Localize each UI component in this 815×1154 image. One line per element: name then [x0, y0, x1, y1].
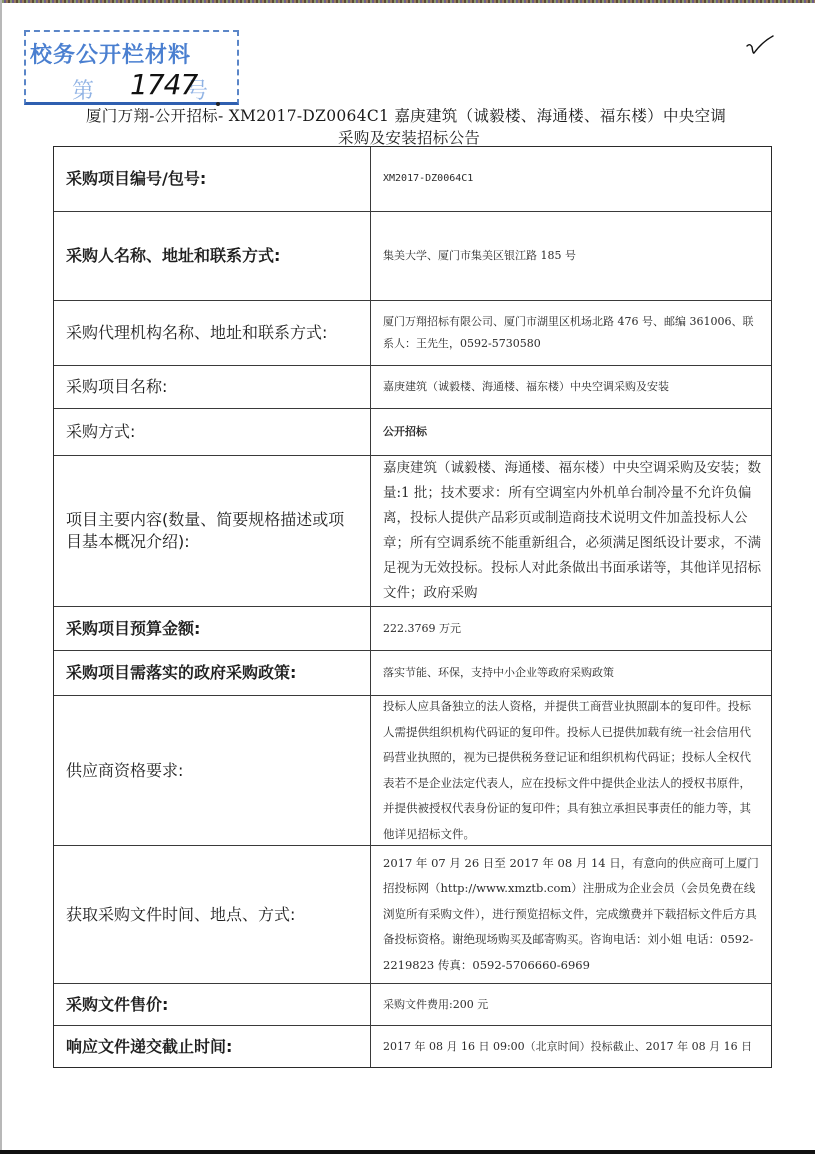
table-row: 项目主要内容(数量、简要规格描述或项目基本概况介绍): 嘉庚建筑（诚毅楼、海通楼…: [54, 456, 771, 607]
row-label: 采购代理机构名称、地址和联系方式:: [54, 301, 371, 365]
archive-stamp: 校务公开栏材料 第 号 1747: [24, 30, 239, 105]
table-row: 供应商资格要求: 投标人应具备独立的法人资格，并提供工商营业执照副本的复印件。投…: [54, 696, 771, 846]
row-value: 嘉庚建筑（诚毅楼、海通楼、福东楼）中央空调采购及安装；数量:1 批；技术要求：所…: [371, 456, 771, 606]
row-label: 采购项目编号/包号:: [54, 147, 371, 211]
checkmark-icon: [745, 34, 775, 58]
table-row: 采购方式: 公开招标: [54, 409, 771, 456]
row-value: 2017 年 08 月 16 日 09:00（北京时间）投标截止、2017 年 …: [371, 1026, 771, 1067]
row-value: 厦门万翔招标有限公司、厦门市湖里区机场北路 476 号、邮编 361006、联系…: [371, 301, 771, 365]
row-value: 公开招标: [371, 409, 771, 455]
stamp-prefix: 第: [72, 79, 94, 104]
row-value: 222.3769 万元: [371, 607, 771, 650]
row-value: 2017 年 07 月 26 日至 2017 年 08 月 14 日，有意向的供…: [371, 846, 771, 983]
announcement-table: 采购项目编号/包号: XM2017-DZ0064C1 采购人名称、地址和联系方式…: [53, 146, 772, 1068]
row-value: 投标人应具备独立的法人资格，并提供工商营业执照副本的复印件。投标人需提供组织机构…: [371, 696, 771, 845]
table-row: 采购项目名称: 嘉庚建筑（诚毅楼、海通楼、福东楼）中央空调采购及安装: [54, 366, 771, 409]
scan-top-edge: [0, 0, 815, 3]
row-value: 集美大学、厦门市集美区银江路 185 号: [371, 212, 771, 300]
table-row: 获取采购文件时间、地点、方式: 2017 年 07 月 26 日至 2017 年…: [54, 846, 771, 984]
scan-bottom-edge: [0, 1150, 815, 1154]
row-value: 嘉庚建筑（诚毅楼、海通楼、福东楼）中央空调采购及安装: [371, 366, 771, 408]
row-label: 采购文件售价:: [54, 984, 371, 1025]
row-value: 落实节能、环保，支持中小企业等政府采购政策: [371, 651, 771, 695]
row-label: 采购项目需落实的政府采购政策:: [54, 651, 371, 695]
table-row: 采购项目预算金额: 222.3769 万元: [54, 607, 771, 651]
row-value: 采购文件费用:200 元: [371, 984, 771, 1025]
row-label: 采购项目名称:: [54, 366, 371, 408]
scan-left-edge: [0, 0, 2, 1154]
table-row: 响应文件递交截止时间: 2017 年 08 月 16 日 09:00（北京时间）…: [54, 1026, 771, 1067]
document-title-line2: 采购及安装招标公告: [338, 126, 480, 148]
table-row: 采购代理机构名称、地址和联系方式: 厦门万翔招标有限公司、厦门市湖里区机场北路 …: [54, 301, 771, 366]
row-label: 响应文件递交截止时间:: [54, 1026, 371, 1067]
row-label: 采购人名称、地址和联系方式:: [54, 212, 371, 300]
row-label: 项目主要内容(数量、简要规格描述或项目基本概况介绍):: [54, 456, 371, 606]
table-row: 采购项目编号/包号: XM2017-DZ0064C1: [54, 147, 771, 212]
row-label: 采购项目预算金额:: [54, 607, 371, 650]
table-row: 采购文件售价: 采购文件费用:200 元: [54, 984, 771, 1026]
document-title-line1: 厦门万翔-公开招标- XM2017-DZ0064C1 嘉庚建筑（诚毅楼、海通楼、…: [86, 104, 726, 126]
table-row: 采购人名称、地址和联系方式: 集美大学、厦门市集美区银江路 185 号: [54, 212, 771, 301]
stamp-handwritten-number: 1747: [130, 68, 197, 101]
row-label: 采购方式:: [54, 409, 371, 455]
row-value: XM2017-DZ0064C1: [371, 147, 771, 211]
row-label: 供应商资格要求:: [54, 696, 371, 845]
row-label: 获取采购文件时间、地点、方式:: [54, 846, 371, 983]
stamp-title: 校务公开栏材料: [30, 38, 191, 69]
table-row: 采购项目需落实的政府采购政策: 落实节能、环保，支持中小企业等政府采购政策: [54, 651, 771, 696]
